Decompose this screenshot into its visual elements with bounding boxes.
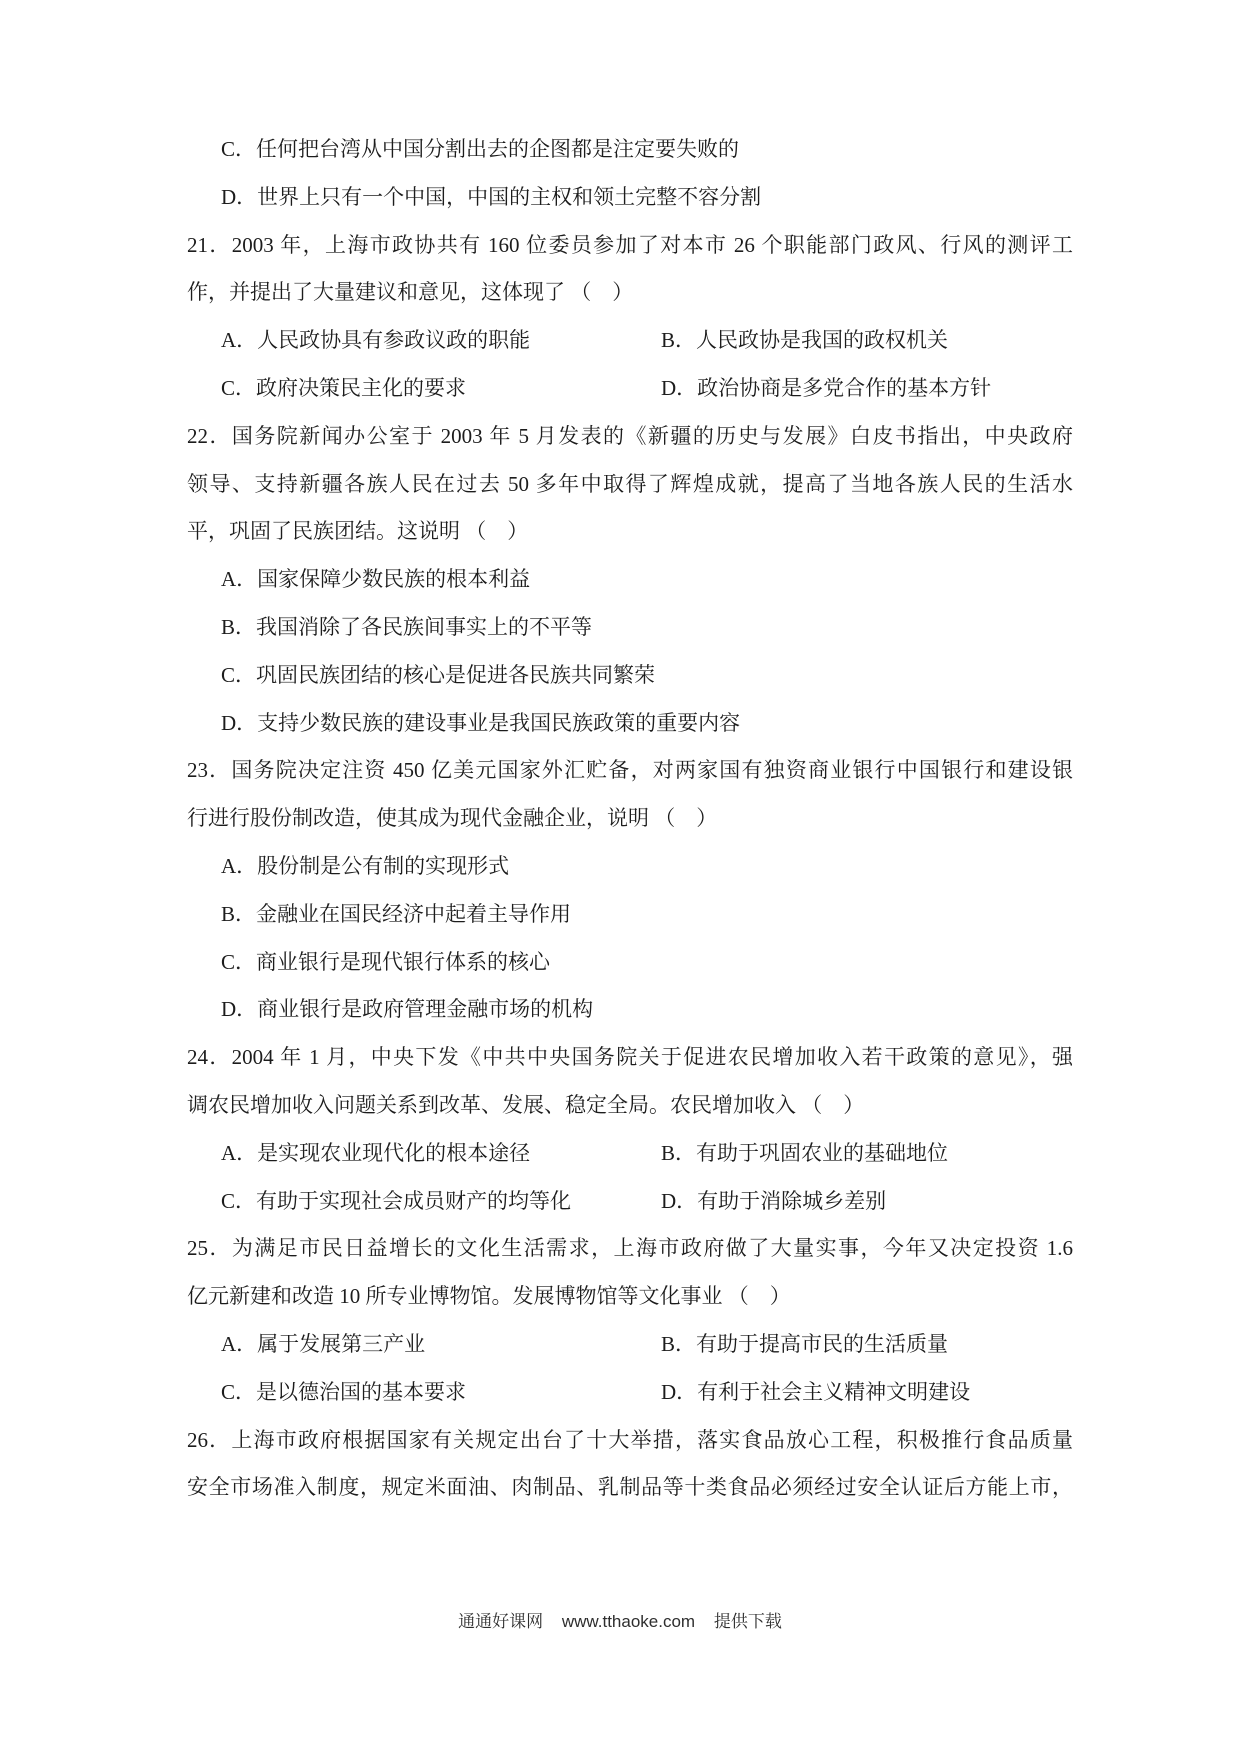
option-text: 国家保障少数民族的根本利益 [257,567,530,591]
option-text: 巩固民族团结的核心是促进各民族共同繁荣 [256,663,655,687]
footer-site-name: 通通好课网 [458,1612,543,1631]
question-text: 安全市场准入制度，规定米面油、肉制品、乳制品等十类食品必须经过安全认证后方能上市… [187,1475,1073,1499]
question-stem-line: 平，巩固了民族团结。这说明 （ ） [187,508,1073,556]
option-pair-row: C．政府决策民主化的要求D．政治协商是多党合作的基本方针 [187,365,1073,413]
option-item: A．人民政协具有参政议政的职能 [221,317,661,365]
option-label: B． [661,1332,696,1356]
option-label: C． [221,137,256,161]
option-text: 股份制是公有制的实现形式 [257,854,509,878]
option-item: B．有助于巩固农业的基础地位 [661,1130,1073,1178]
question-stem-line: 21．2003 年，上海市政协共有 160 位委员参加了对本市 26 个职能部门… [187,222,1073,270]
option-text: 商业银行是现代银行体系的核心 [256,950,550,974]
question-stem-line: 23．国务院决定注资 450 亿美元国家外汇贮备，对两家国有独资商业银行中国银行… [187,747,1073,795]
option-label: C． [221,1380,256,1404]
option-pair-row: A．人民政协具有参政议政的职能B．人民政协是我国的政权机关 [187,317,1073,365]
option-item: A．属于发展第三产业 [221,1321,661,1369]
question-stem-line: 行进行股份制改造，使其成为现代金融企业，说明 （ ） [187,795,1073,843]
option-text: 人民政协具有参政议政的职能 [257,328,530,352]
option-label: C． [221,663,256,687]
option-label: A． [221,1141,257,1165]
option-text: 有助于消除城乡差别 [697,1189,886,1213]
option-label: A． [221,854,257,878]
question-stem-line: 亿元新建和改造 10 所专业博物馆。发展博物馆等文化事业 （ ） [187,1273,1073,1321]
option-item: B．金融业在国民经济中起着主导作用 [187,891,1073,939]
option-item: A．股份制是公有制的实现形式 [187,843,1073,891]
option-text: 任何把台湾从中国分割出去的企图都是注定要失败的 [256,137,739,161]
option-label: A． [221,567,257,591]
question-text: 行进行股份制改造，使其成为现代金融企业，说明 （ ） [187,806,717,830]
option-item: D．商业银行是政府管理金融市场的机构 [187,986,1073,1034]
option-text: 有助于实现社会成员财产的均等化 [256,1189,571,1213]
option-item: C．任何把台湾从中国分割出去的企图都是注定要失败的 [187,126,1073,174]
option-text: 商业银行是政府管理金融市场的机构 [257,997,593,1021]
option-item: D．支持少数民族的建设事业是我国民族政策的重要内容 [187,700,1073,748]
question-number: 23． [187,758,231,782]
option-text: 金融业在国民经济中起着主导作用 [256,902,571,926]
option-label: C． [221,950,256,974]
question-text: 领导、支持新疆各族人民在过去 50 多年中取得了辉煌成就，提高了当地各族人民的生… [187,472,1073,496]
option-text: 我国消除了各民族间事实上的不平等 [256,615,592,639]
option-pair-row: A．是实现农业现代化的根本途径B．有助于巩固农业的基础地位 [187,1130,1073,1178]
option-label: C． [221,1189,256,1213]
option-pair-row: C．有助于实现社会成员财产的均等化D．有助于消除城乡差别 [187,1178,1073,1226]
question-stem-line: 25．为满足市民日益增长的文化生活需求，上海市政府做了大量实事，今年又决定投资 … [187,1225,1073,1273]
option-text: 属于发展第三产业 [257,1332,425,1356]
question-number: 21． [187,233,232,257]
option-item: D．政治协商是多党合作的基本方针 [661,365,1073,413]
footer-suffix: 提供下载 [714,1612,782,1631]
question-text: 国务院决定注资 450 亿美元国家外汇贮备，对两家国有独资商业银行中国银行和建设… [231,758,1073,782]
option-text: 世界上只有一个中国，中国的主权和领土完整不容分割 [257,185,761,209]
option-label: C． [221,376,256,400]
option-label: D． [221,711,257,735]
question-number: 25． [187,1236,232,1260]
exam-page: C．任何把台湾从中国分割出去的企图都是注定要失败的D．世界上只有一个中国，中国的… [0,0,1240,1754]
question-stem-line: 22．国务院新闻办公室于 2003 年 5 月发表的《新疆的历史与发展》白皮书指… [187,413,1073,461]
question-text: 亿元新建和改造 10 所专业博物馆。发展博物馆等文化事业 （ ） [187,1284,791,1308]
option-item: B．人民政协是我国的政权机关 [661,317,1073,365]
option-text: 有利于社会主义精神文明建设 [697,1380,970,1404]
question-number: 26． [187,1428,231,1452]
option-text: 是以德治国的基本要求 [256,1380,466,1404]
question-stem-line: 安全市场准入制度，规定米面油、肉制品、乳制品等十类食品必须经过安全认证后方能上市… [187,1464,1073,1512]
question-number: 24． [187,1045,232,1069]
question-stem-line: 24．2004 年 1 月，中央下发《中共中央国务院关于促进农民增加收入若干政策… [187,1034,1073,1082]
question-stem-line: 26．上海市政府根据国家有关规定出台了十大举措，落实食品放心工程，积极推行食品质… [187,1417,1073,1465]
footer-url: www.tthaoke.com [562,1612,695,1631]
option-text: 政治协商是多党合作的基本方针 [697,376,991,400]
option-item: A．国家保障少数民族的根本利益 [187,556,1073,604]
option-text: 有助于提高市民的生活质量 [696,1332,948,1356]
question-text: 调农民增加收入问题关系到改革、发展、稳定全局。农民增加收入 （ ） [187,1093,864,1117]
option-pair-row: C．是以德治国的基本要求D．有利于社会主义精神文明建设 [187,1369,1073,1417]
option-text: 人民政协是我国的政权机关 [696,328,948,352]
option-item: D．有助于消除城乡差别 [661,1178,1073,1226]
option-item: B．有助于提高市民的生活质量 [661,1321,1073,1369]
option-item: B．我国消除了各民族间事实上的不平等 [187,604,1073,652]
option-text: 支持少数民族的建设事业是我国民族政策的重要内容 [257,711,740,735]
option-item: C．商业银行是现代银行体系的核心 [187,939,1073,987]
question-stem-line: 作，并提出了大量建议和意见，这体现了 （ ） [187,269,1073,317]
question-number: 22． [187,424,232,448]
question-text: 平，巩固了民族团结。这说明 （ ） [187,519,528,543]
option-item: C．巩固民族团结的核心是促进各民族共同繁荣 [187,652,1073,700]
option-label: A． [221,1332,257,1356]
option-item: C．政府决策民主化的要求 [221,365,661,413]
option-item: C．有助于实现社会成员财产的均等化 [221,1178,661,1226]
question-stem-line: 领导、支持新疆各族人民在过去 50 多年中取得了辉煌成就，提高了当地各族人民的生… [187,461,1073,509]
question-text: 2004 年 1 月，中央下发《中共中央国务院关于促进农民增加收入若干政策的意见… [232,1045,1073,1069]
option-label: B． [221,615,256,639]
question-text: 作，并提出了大量建议和意见，这体现了 （ ） [187,280,633,304]
option-label: B． [661,328,696,352]
option-text: 有助于巩固农业的基础地位 [696,1141,948,1165]
option-label: D． [661,1189,697,1213]
option-pair-row: A．属于发展第三产业B．有助于提高市民的生活质量 [187,1321,1073,1369]
question-stem-line: 调农民增加收入问题关系到改革、发展、稳定全局。农民增加收入 （ ） [187,1082,1073,1130]
option-label: D． [661,1380,697,1404]
option-label: D． [221,185,257,209]
option-item: A．是实现农业现代化的根本途径 [221,1130,661,1178]
option-item: D．世界上只有一个中国，中国的主权和领土完整不容分割 [187,174,1073,222]
question-text: 国务院新闻办公室于 2003 年 5 月发表的《新疆的历史与发展》白皮书指出，中… [232,424,1073,448]
option-item: D．有利于社会主义精神文明建设 [661,1369,1073,1417]
option-label: B． [661,1141,696,1165]
question-text: 上海市政府根据国家有关规定出台了十大举措，落实食品放心工程，积极推行食品质量 [231,1428,1073,1452]
option-label: D． [661,376,697,400]
question-text: 为满足市民日益增长的文化生活需求，上海市政府做了大量实事，今年又决定投资 1.6 [232,1236,1073,1260]
option-label: A． [221,328,257,352]
option-item: C．是以德治国的基本要求 [221,1369,661,1417]
exam-content: C．任何把台湾从中国分割出去的企图都是注定要失败的D．世界上只有一个中国，中国的… [187,126,1073,1512]
question-text: 2003 年，上海市政协共有 160 位委员参加了对本市 26 个职能部门政风、… [232,233,1073,257]
option-label: D． [221,997,257,1021]
option-text: 是实现农业现代化的根本途径 [257,1141,530,1165]
option-text: 政府决策民主化的要求 [256,376,466,400]
page-footer: 通通好课网 www.tthaoke.com 提供下载 [0,1607,1240,1632]
option-label: B． [221,902,256,926]
